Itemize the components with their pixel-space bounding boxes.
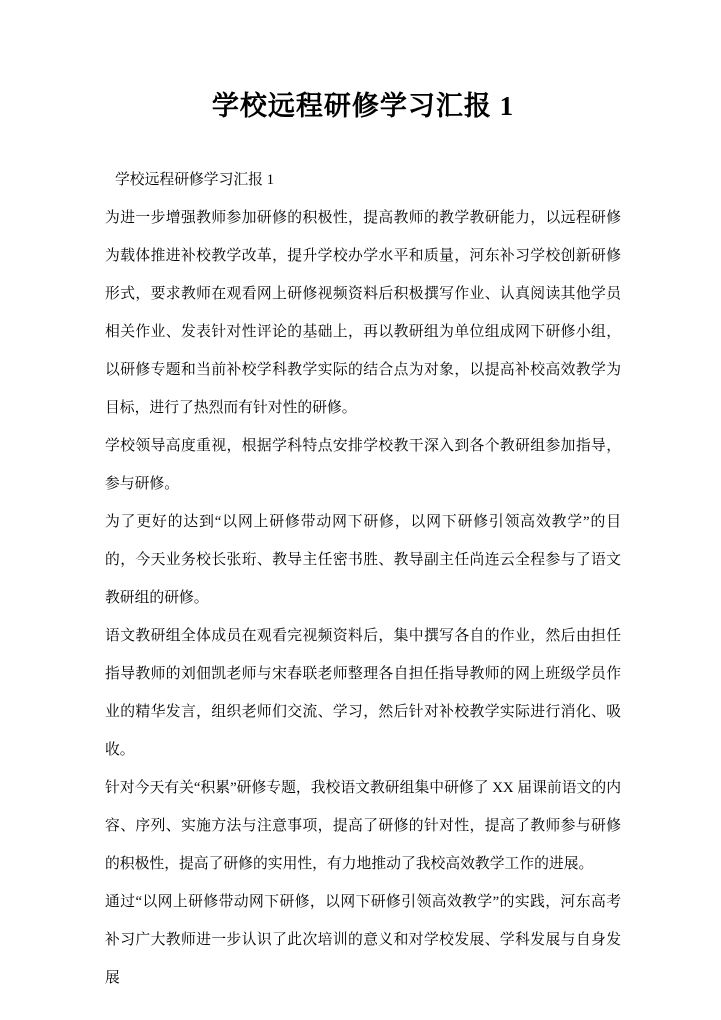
paragraph: 为了更好的达到“以网上研修带动网下研修，以网下研修引领高效教学”的目的，今天业务… [105, 503, 621, 617]
paragraph: 语文教研组全体成员在观看完视频资料后，集中撰写各自的作业，然后由担任指导教师的刘… [105, 617, 621, 769]
paragraph: 针对今天有关“积累”研修专题，我校语文教研组集中研修了 XX 届课前语文的内容、… [105, 769, 621, 883]
page-title: 学校远程研修学习汇报 1 [105, 88, 621, 124]
paragraph: 通过“以网上研修带动网下研修，以网下研修引领高效教学”的实践，河东高考补习广大教… [105, 883, 621, 997]
document-page: 学校远程研修学习汇报 1 学校远程研修学习汇报 1 为进一步增强教师参加研修的积… [0, 0, 721, 1020]
paragraph: 为进一步增强教师参加研修的积极性，提高教师的教学教研能力，以远程研修为载体推进补… [105, 199, 621, 427]
paragraph: 学校领导高度重视，根据学科特点安排学校教干深入到各个教研组参加指导，参与研修。 [105, 427, 621, 503]
document-subtitle: 学校远程研修学习汇报 1 [105, 161, 621, 199]
document-body: 为进一步增强教师参加研修的积极性，提高教师的教学教研能力，以远程研修为载体推进补… [105, 199, 621, 997]
